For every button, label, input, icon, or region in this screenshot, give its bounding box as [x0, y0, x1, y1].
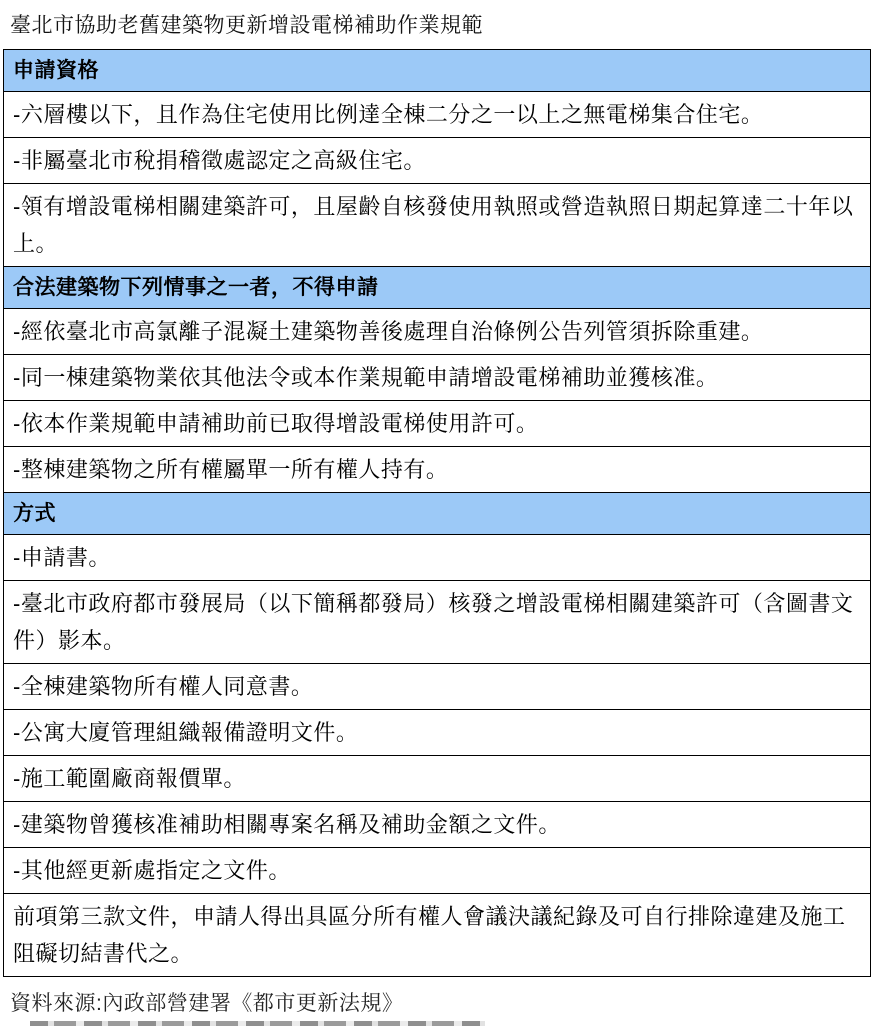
table-row-method-2: -臺北市政府都市發展局（以下簡稱都發局）核發之增設電梯相關建築許可（含圖書文件）… [4, 580, 870, 663]
table-row-method-7: -其他經更新處指定之文件。 [4, 847, 870, 893]
subsidy-table: 申請資格 -六層樓以下，且作為住宅使用比例達全棟二分之一以上之無電梯集合住宅。 … [3, 49, 871, 977]
section-header-disqualification: 合法建築物下列情事之一者，不得申請 [4, 266, 870, 308]
table-row-disqualification-1: -經依臺北市高氯離子混凝土建築物善後處理自治條例公告列管須拆除重建。 [4, 308, 870, 354]
table-row-disqualification-3: -依本作業規範申請補助前已取得增設電梯使用許可。 [4, 400, 870, 446]
table-row-disqualification-4: -整棟建築物之所有權屬單一所有權人持有。 [4, 446, 870, 492]
table-row-method-5: -施工範圍廠商報價單。 [4, 755, 870, 801]
table-row-method-1: -申請書。 [4, 534, 870, 580]
table-row-method-6: -建築物曾獲核准補助相關專案名稱及補助金額之文件。 [4, 801, 870, 847]
table-row-eligibility-1: -六層樓以下，且作為住宅使用比例達全棟二分之一以上之無電梯集合住宅。 [4, 91, 870, 137]
section-header-method: 方式 [4, 492, 870, 534]
table-row-method-3: -全棟建築物所有權人同意書。 [4, 663, 870, 709]
source-note: 資料來源:內政部營建署《都市更新法規》 [0, 977, 875, 1019]
table-row-disqualification-2: -同一棟建築物業依其他法令或本作業規範申請增設電梯補助並獲核准。 [4, 354, 870, 400]
table-row-method-note: 前項第三款文件，申請人得出具區分所有權人會議決議紀錄及可自行排除違建及施工阻礙切… [4, 893, 870, 976]
table-row-method-4: -公寓大廈管理組織報備證明文件。 [4, 709, 870, 755]
section-header-eligibility: 申請資格 [4, 50, 870, 91]
table-row-eligibility-2: -非屬臺北市稅捐稽徵處認定之高級住宅。 [4, 137, 870, 183]
page-title: 臺北市協助老舊建築物更新增設電梯補助作業規範 [0, 0, 875, 49]
cutoff-text-fragment [30, 1021, 485, 1026]
table-row-eligibility-3: -領有增設電梯相關建築許可，且屋齡自核發使用執照或營造執照日期起算達二十年以上。 [4, 183, 870, 266]
